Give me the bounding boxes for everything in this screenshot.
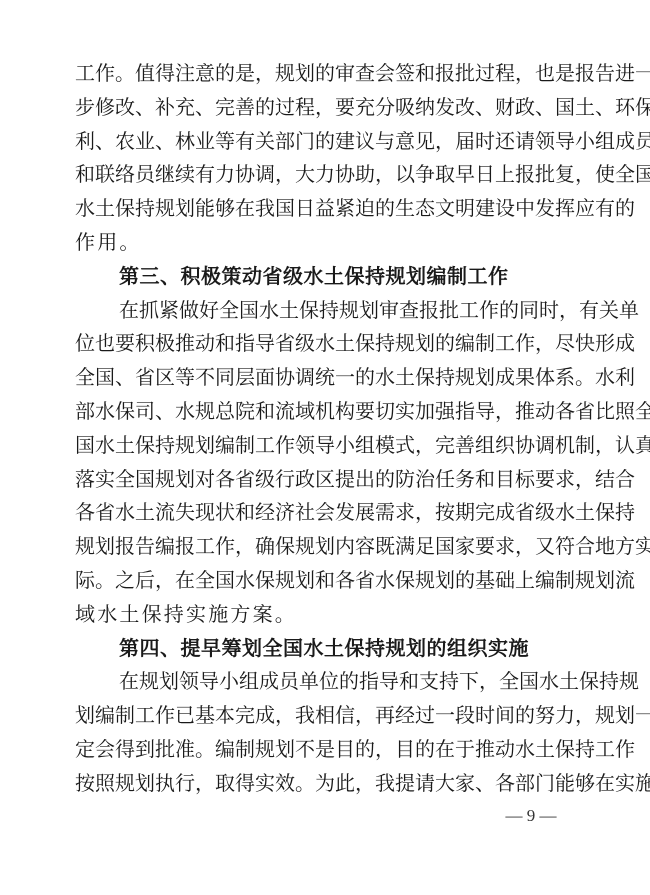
section-heading: 第四、提早筹划全国水土保持规划的组织实施 — [119, 636, 563, 660]
text-line: 和联络员继续有力协调，大力协助，以争取早日上报批复，使全国 — [75, 162, 563, 186]
text-line: 定会得到批准。编制规划不是目的，目的在于推动水土保持工作 — [75, 737, 563, 761]
text-line: 各省水土流失现状和经济社会发展需求，按期完成省级水土保持 — [75, 500, 563, 524]
text-line: 步修改、补充、完善的过程，要充分吸纳发改、财政、国土、环保、水 — [75, 95, 563, 119]
text-line: 际。之后，在全国水保规划和各省水保规划的基础上编制规划流 — [75, 568, 563, 592]
text-line: 位也要积极推动和指导省级水土保持规划的编制工作，尽快形成 — [75, 331, 563, 355]
text-line: 全国、省区等不同层面协调统一的水土保持规划成果体系。水利 — [75, 365, 563, 389]
text-line: 落实全国规划对各省级行政区提出的防治任务和目标要求，结合 — [75, 467, 563, 491]
text-line: 部水保司、水规总院和流域机构要切实加强指导，推动各省比照全 — [75, 399, 563, 423]
paragraph-first-line: 在规划领导小组成员单位的指导和支持下，全国水土保持规 — [119, 669, 563, 693]
text-line: 按照规划执行，取得实效。为此，我提请大家、各部门能够在实施 — [75, 771, 563, 795]
document-page: 工作。值得注意的是，规划的审查会签和报批过程，也是报告进一步修改、补充、完善的过… — [0, 0, 650, 895]
section-heading: 第三、积极策动省级水土保持规划编制工作 — [119, 264, 563, 288]
text-line: 划编制工作已基本完成，我相信，再经过一段时间的努力，规划一 — [75, 703, 563, 727]
text-line: 国水土保持规划编制工作领导小组模式，完善组织协调机制，认真 — [75, 433, 563, 457]
text-line: 工作。值得注意的是，规划的审查会签和报批过程，也是报告进一 — [75, 61, 563, 85]
page-number: — 9 — — [496, 806, 566, 828]
text-line: 利、农业、林业等有关部门的建议与意见，届时还请领导小组成员 — [75, 129, 563, 153]
text-line: 水土保持规划能够在我国日益紧迫的生态文明建设中发挥应有的 — [75, 196, 563, 220]
text-line: 规划报告编报工作，确保规划内容既满足国家要求，又符合地方实 — [75, 534, 563, 558]
paragraph-last-line: 域水土保持实施方案。 — [75, 602, 563, 626]
paragraph-last-line: 作用。 — [75, 230, 563, 254]
paragraph-first-line: 在抓紧做好全国水土保持规划审查报批工作的同时，有关单 — [119, 298, 563, 322]
